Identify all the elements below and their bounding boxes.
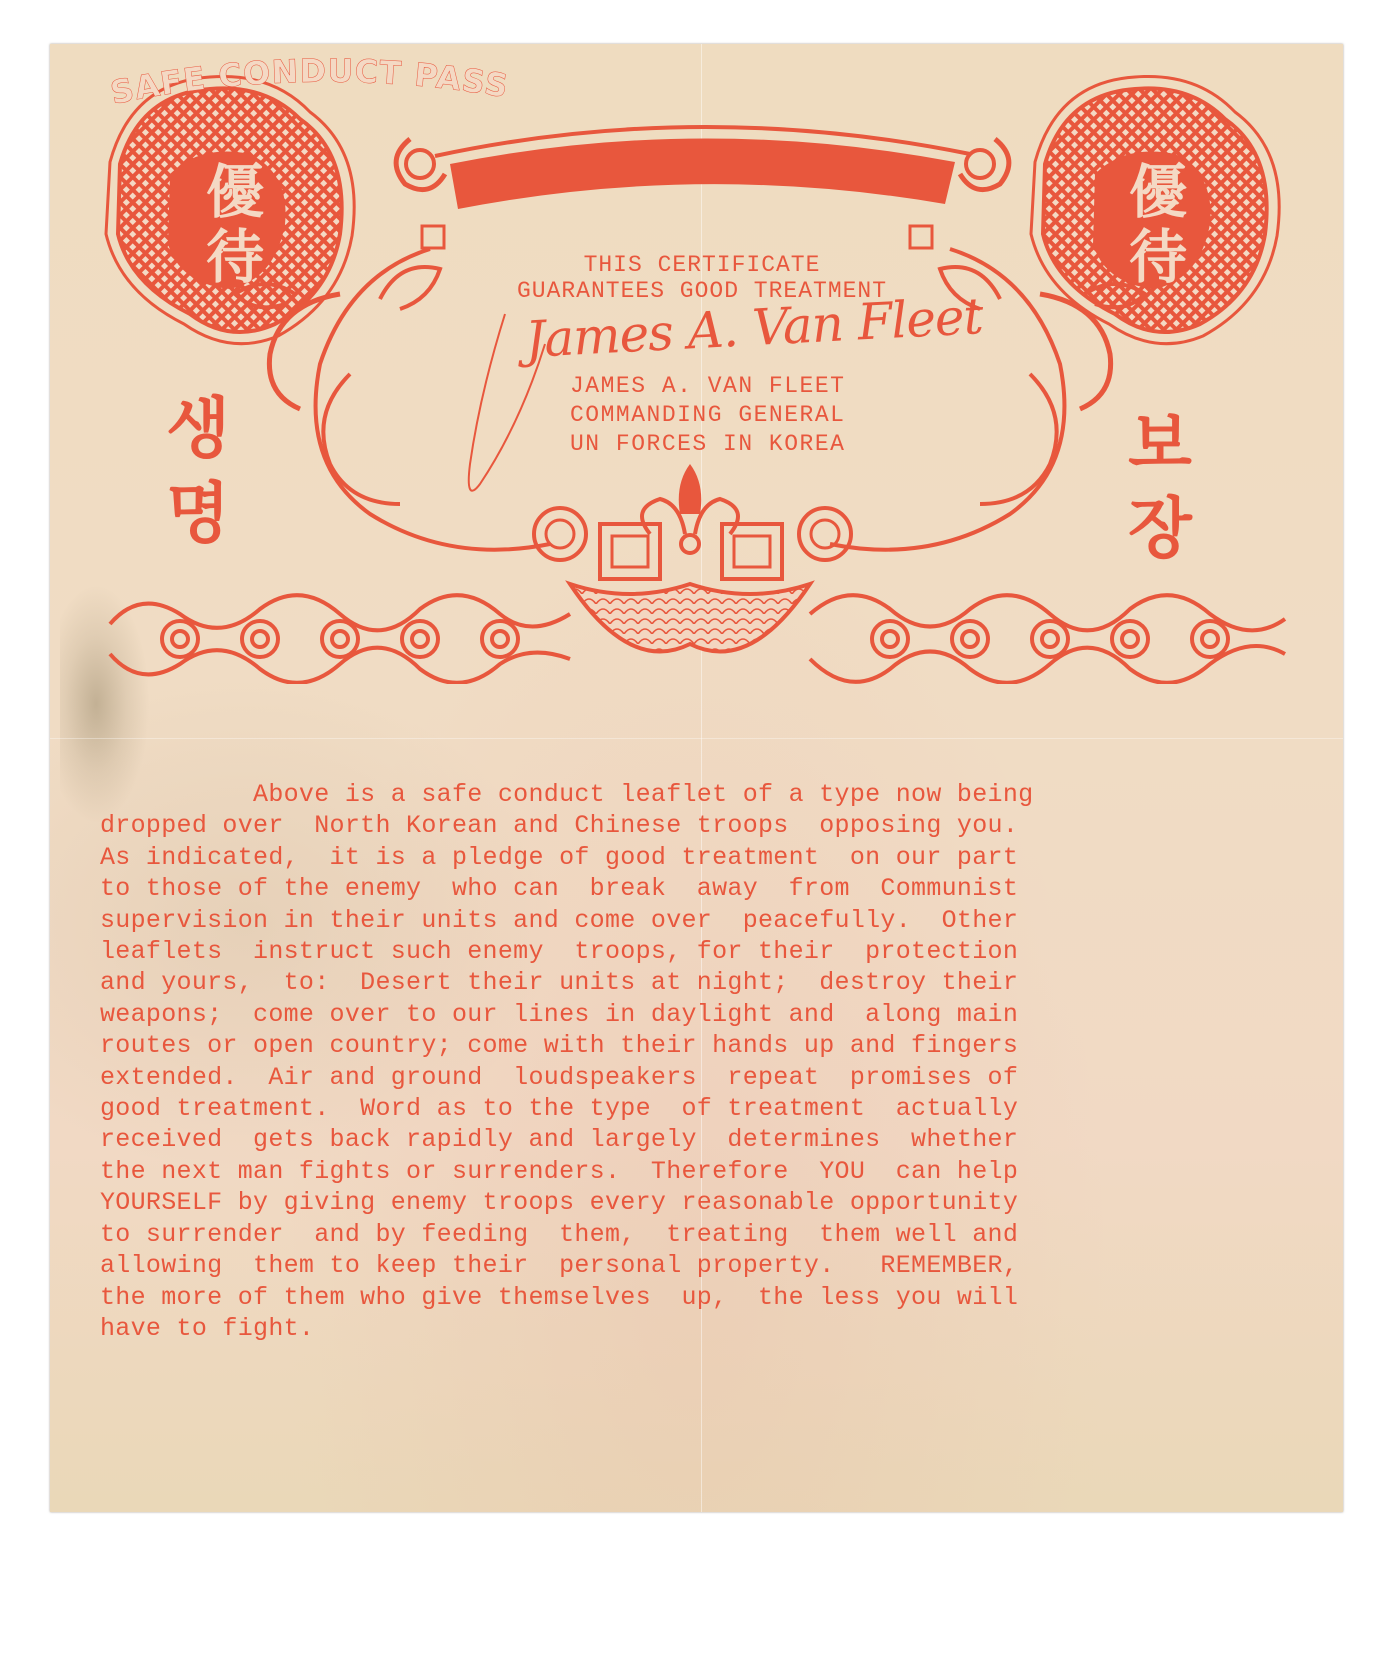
korean-right-char-2: 장 (1120, 489, 1200, 569)
body-line: As indicated, it is a pledge of good tre… (100, 842, 1260, 873)
central-fleur-ornament (534, 464, 851, 652)
body-line: and yours, to: Desert their units at nig… (100, 967, 1260, 998)
typewritten-explanation: Above is a safe conduct leaflet of a typ… (100, 779, 1260, 1344)
safe-conduct-pass-artwork: SAFE CONDUCT PASS 優 待 優 待 생 명 보 장 THIS C… (50, 44, 1343, 684)
signatory-title: COMMANDING GENERAL (570, 401, 970, 430)
signatory-command: UN FORCES IN KOREA (570, 430, 970, 459)
left-cartouche-char-1: 優 (195, 159, 275, 225)
body-line: dropped over North Korean and Chinese tr… (100, 810, 1260, 841)
fold-line-horizontal (50, 738, 1343, 739)
svg-text:SAFE CONDUCT PASS: SAFE CONDUCT PASS (107, 52, 511, 112)
korean-right-char-1: 보 (1120, 404, 1200, 484)
body-line: received gets back rapidly and largely d… (100, 1124, 1260, 1155)
korean-left-char-2: 명 (158, 474, 238, 554)
body-line: good treatment. Word as to the type of t… (100, 1093, 1260, 1124)
ornamental-frame-graphic (50, 44, 1343, 684)
body-line: have to fight. (100, 1313, 1260, 1344)
body-line: allowing them to keep their personal pro… (100, 1250, 1260, 1281)
body-line: routes or open country; come with their … (100, 1030, 1260, 1061)
banner-ribbon (396, 127, 1009, 248)
korean-left-char-1: 생 (158, 389, 238, 469)
body-line: YOURSELF by giving enemy troops every re… (100, 1187, 1260, 1218)
paper-sheet: SAFE CONDUCT PASS 優 待 優 待 생 명 보 장 THIS C… (50, 44, 1343, 1512)
body-line: the more of them who give themselves up,… (100, 1282, 1260, 1313)
body-line: the next man fights or surrenders. There… (100, 1156, 1260, 1187)
signatory-block: JAMES A. VAN FLEET COMMANDING GENERAL UN… (570, 372, 970, 459)
body-line: to those of the enemy who can break away… (100, 873, 1260, 904)
signatory-name: JAMES A. VAN FLEET (570, 372, 970, 401)
right-cartouche-char-2: 待 (1118, 224, 1198, 290)
right-cartouche-char-1: 優 (1118, 159, 1198, 225)
certificate-line-1: THIS CERTIFICATE (432, 252, 972, 278)
body-line: Above is a safe conduct leaflet of a typ… (100, 779, 1260, 810)
body-line: extended. Air and ground loudspeakers re… (100, 1062, 1260, 1093)
left-cartouche-char-2: 待 (195, 224, 275, 290)
body-line: leaflets instruct such enemy troops, for… (100, 936, 1260, 967)
body-line: supervision in their units and come over… (100, 905, 1260, 936)
body-line: to surrender and by feeding them, treati… (100, 1219, 1260, 1250)
banner-title: SAFE CONDUCT PASS (50, 44, 570, 124)
body-line: weapons; come over to our lines in dayli… (100, 999, 1260, 1030)
